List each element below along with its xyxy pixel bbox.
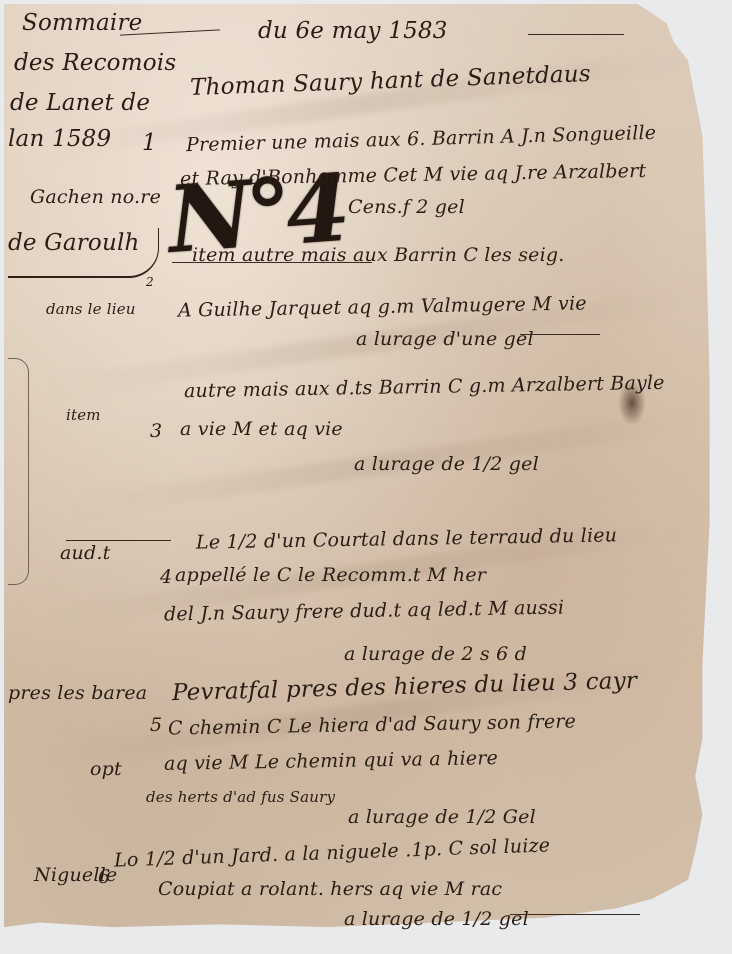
entry-3-line-2: a vie M et aq vie xyxy=(180,420,343,439)
entry-4-line-2: appellé le C le Recomm.t M her xyxy=(175,566,486,585)
margin-note-dans-le-lieu: dans le lieu xyxy=(46,302,136,317)
entry-2-rule xyxy=(520,334,600,335)
marginal-number: 1 xyxy=(142,132,157,155)
entry-6-line-3: a lurage de 1/2 gel xyxy=(344,910,529,929)
margin-title-line-4: lan 1589 xyxy=(8,128,111,151)
entry-2-line-1: item autre mais aux Barrin C les seig. xyxy=(192,246,564,265)
entry-2-line-3: a lurage d'une gel xyxy=(356,330,534,349)
margin-note-garoulh: de Garoulh xyxy=(8,232,140,255)
margin-note-opt: opt xyxy=(90,760,122,779)
item-number-5: 5 xyxy=(150,716,162,735)
margin-note-pres-les-barea: pres les barea xyxy=(8,684,147,703)
margin-title-line-2: des Recomois xyxy=(14,52,176,75)
date-rule xyxy=(528,34,624,35)
item-number-6: 6 xyxy=(98,868,110,887)
entry-5-line-5: a lurage de 1/2 Gel xyxy=(348,808,536,827)
item-number-4: 4 xyxy=(160,568,172,587)
margin-note-audt: aud.t xyxy=(60,544,110,563)
margin-note-item: item xyxy=(66,408,101,423)
entry-4-line-4: a lurage de 2 s 6 d xyxy=(344,645,527,664)
document-date: du 6e may 1583 xyxy=(258,20,448,43)
entry-3-line-3: a lurage de 1/2 gel xyxy=(354,455,539,474)
item-number-2: 2 xyxy=(146,276,154,288)
item-number-3: 3 xyxy=(150,422,162,441)
margin-title-line-3: de Lanet de xyxy=(10,92,150,115)
margin-note-gachen: Gachen no.re xyxy=(30,188,161,207)
entry-5-line-4: des herts d'ad fus Saury xyxy=(146,790,335,805)
entry-6-line-2: Coupiat a rolant. hers aq vie M rac xyxy=(158,880,502,899)
entry-1-line-4: Cens.f 2 gel xyxy=(348,198,465,217)
entry-6-rule xyxy=(510,914,640,915)
margin-title-line-1: Sommaire xyxy=(22,12,143,35)
margin-brace xyxy=(8,358,29,585)
